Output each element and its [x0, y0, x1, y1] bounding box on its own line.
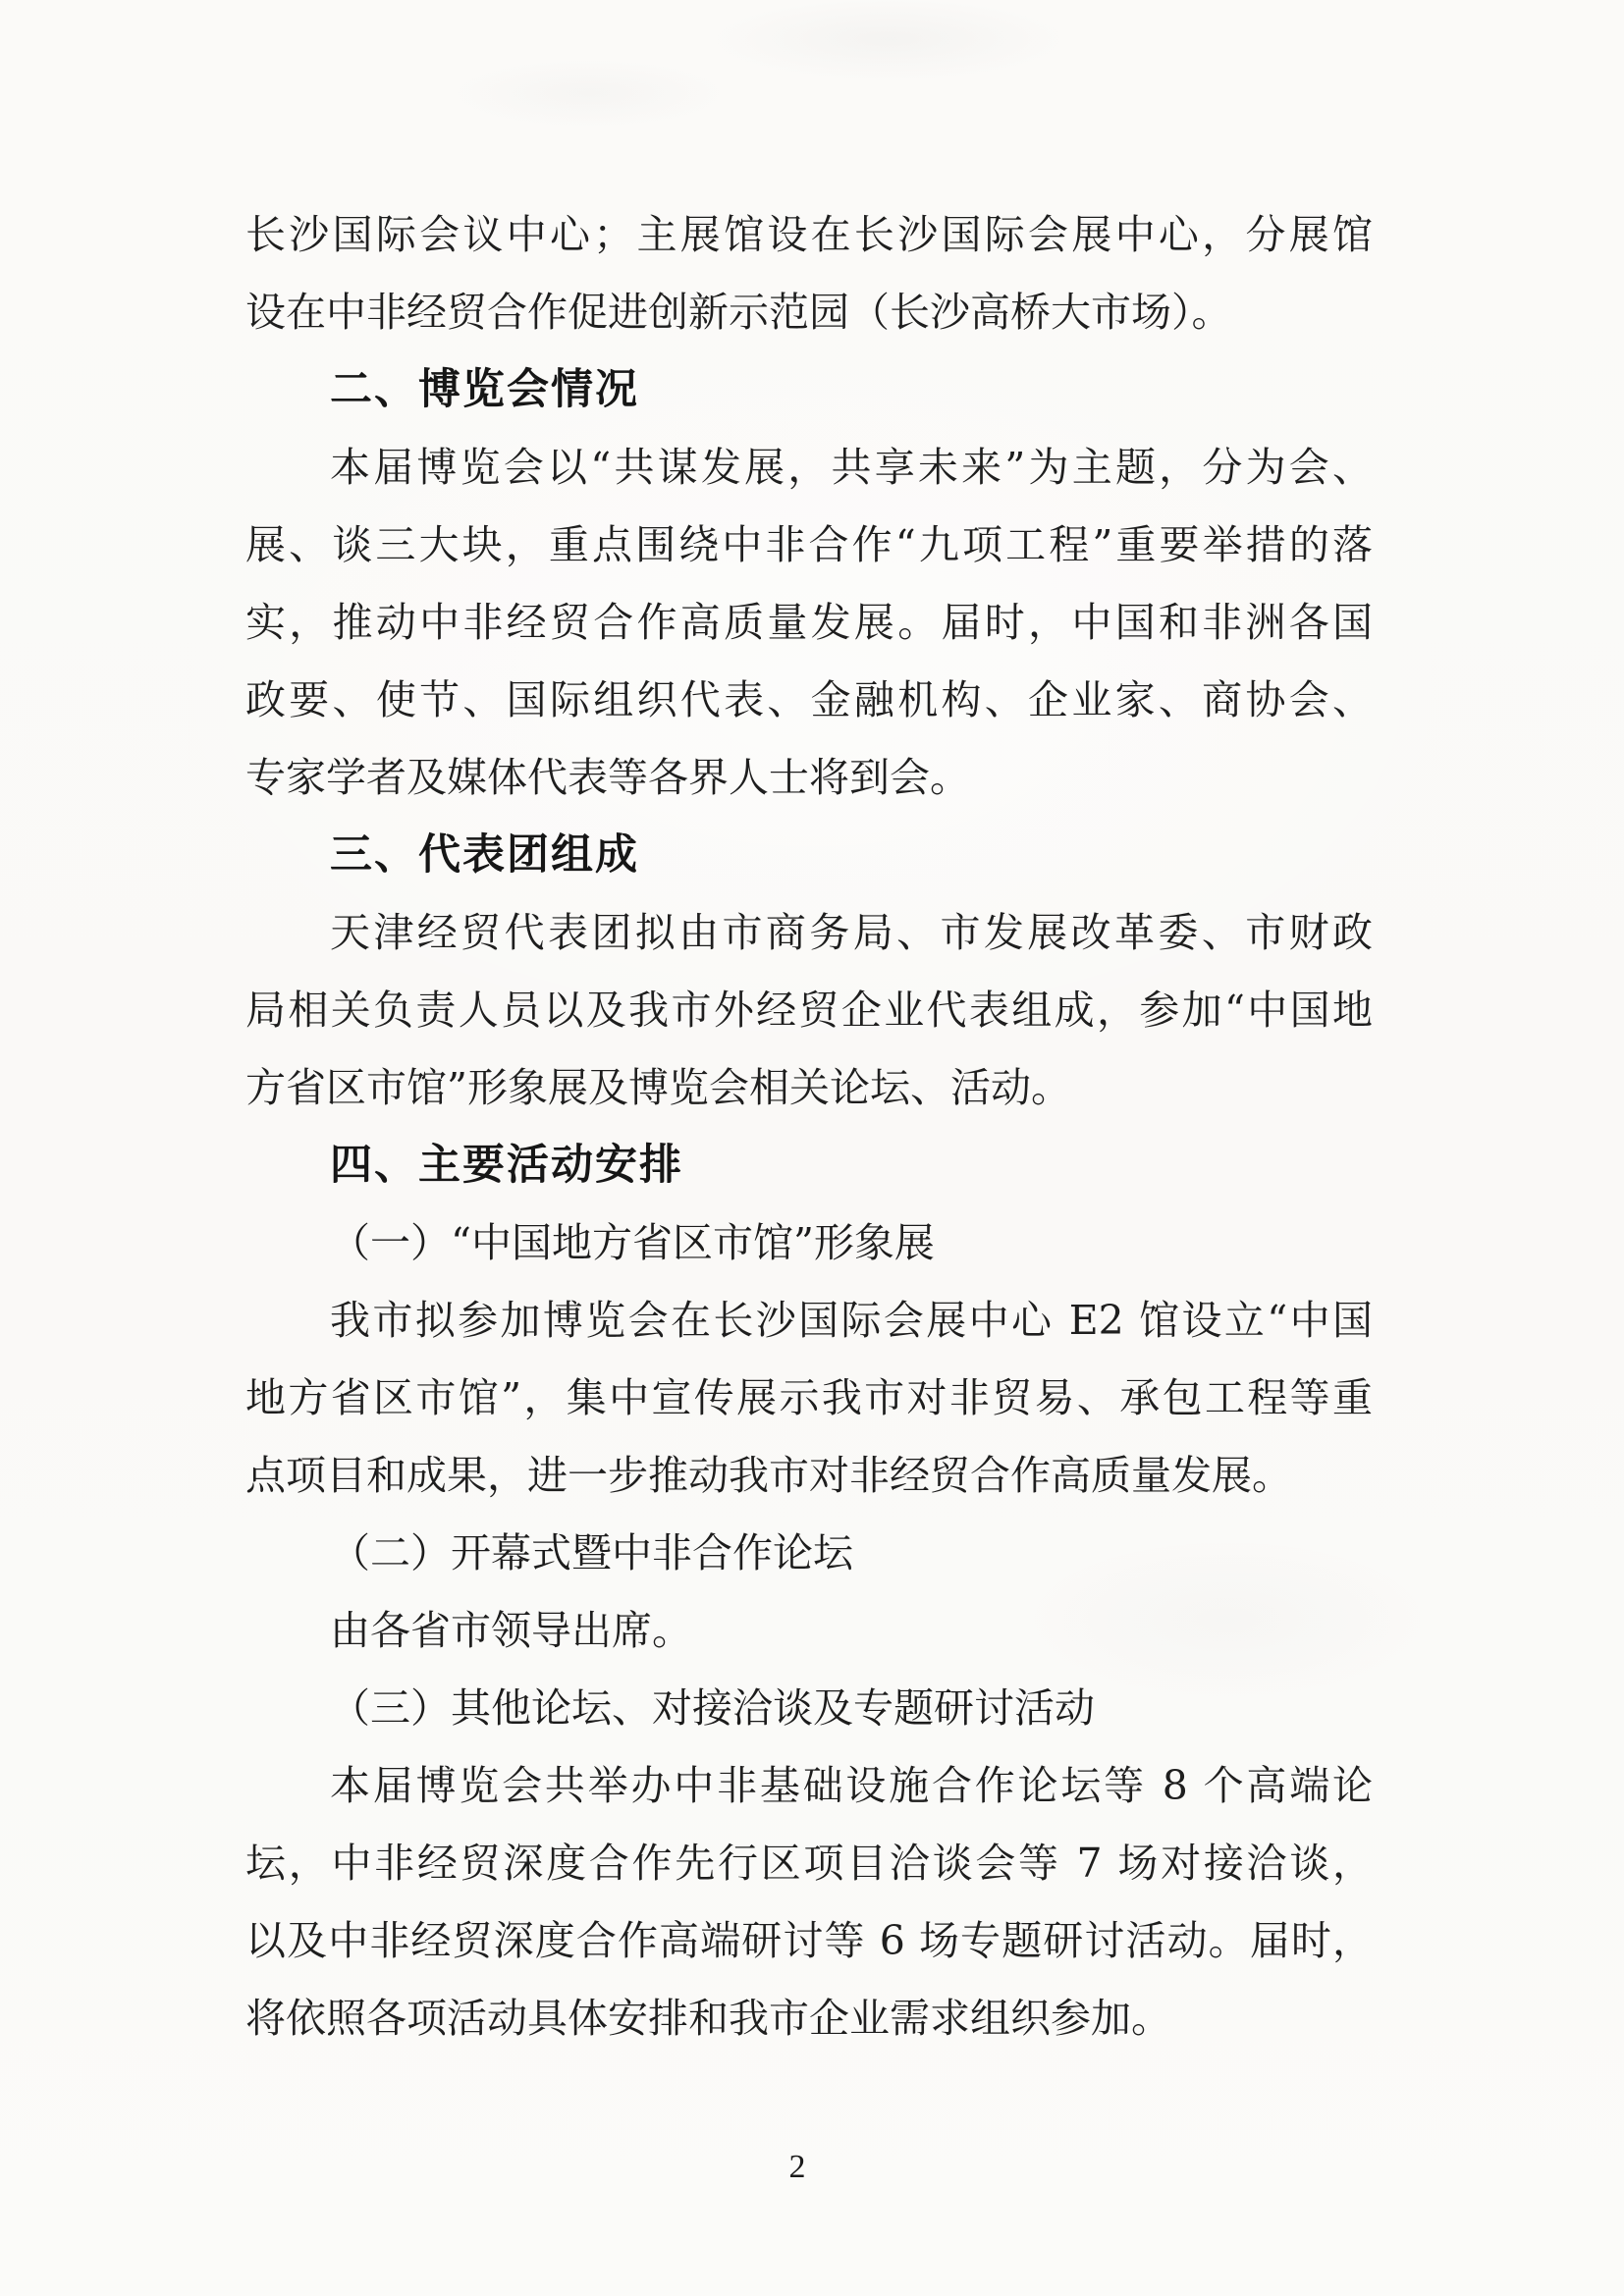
section-heading: 二、博览会情况 — [245, 351, 1373, 429]
section-heading: 三、代表团组成 — [245, 817, 1373, 894]
body-text-line: 本届博览会共举办中非基础设施合作论坛等 8 个高端论 — [245, 1747, 1373, 1825]
body-text-line: 将依照各项活动具体安排和我市企业需求组织参加。 — [245, 1980, 1373, 2057]
body-text-line: 方省区市馆”形象展及博览会相关论坛、活动。 — [245, 1049, 1373, 1127]
body-text-line: 政要、使节、国际组织代表、金融机构、企业家、商协会、 — [245, 662, 1373, 739]
body-text-line: 本届博览会以“共谋发展，共享未来”为主题，分为会、 — [245, 429, 1373, 507]
body-text-line: 我市拟参加博览会在长沙国际会展中心 E2 馆设立“中国 — [245, 1282, 1373, 1360]
body-text-line: 实，推动中非经贸合作高质量发展。届时，中国和非洲各国 — [245, 584, 1373, 662]
body-text-line: 以及中非经贸深度合作高端研讨等 6 场专题研讨活动。届时， — [245, 1902, 1373, 1980]
sub-section-heading: （二）开幕式暨中非合作论坛 — [245, 1515, 1373, 1592]
page-number: 2 — [0, 2148, 1595, 2187]
body-text-line: 由各省市领导出席。 — [245, 1592, 1373, 1670]
body-text-line: 坛，中非经贸深度合作先行区项目洽谈会等 7 场对接洽谈， — [245, 1825, 1373, 1902]
body-text-line: 天津经贸代表团拟由市商务局、市发展改革委、市财政 — [245, 894, 1373, 972]
document-body: 长沙国际会议中心；主展馆设在长沙国际会展中心，分展馆设在中非经贸合作促进创新示范… — [245, 196, 1373, 2057]
section-heading: 四、主要活动安排 — [245, 1127, 1373, 1204]
body-text-line: 地方省区市馆”，集中宣传展示我市对非贸易、承包工程等重 — [245, 1360, 1373, 1437]
body-text-line: 局相关负责人员以及我市外经贸企业代表组成，参加“中国地 — [245, 972, 1373, 1049]
body-text-line: 设在中非经贸合作促进创新示范园（长沙高桥大市场）。 — [245, 274, 1373, 351]
body-text-line: 展、谈三大块，重点围绕中非合作“九项工程”重要举措的落 — [245, 507, 1373, 584]
sub-section-heading: （一）“中国地方省区市馆”形象展 — [245, 1204, 1373, 1282]
body-text-line: 专家学者及媒体代表等各界人士将到会。 — [245, 739, 1373, 817]
sub-section-heading: （三）其他论坛、对接洽谈及专题研讨活动 — [245, 1670, 1373, 1747]
body-text-line: 点项目和成果，进一步推动我市对非经贸合作高质量发展。 — [245, 1437, 1373, 1515]
body-text-line: 长沙国际会议中心；主展馆设在长沙国际会展中心，分展馆 — [245, 196, 1373, 274]
document-page: 长沙国际会议中心；主展馆设在长沙国际会展中心，分展馆设在中非经贸合作促进创新示范… — [0, 0, 1624, 2296]
